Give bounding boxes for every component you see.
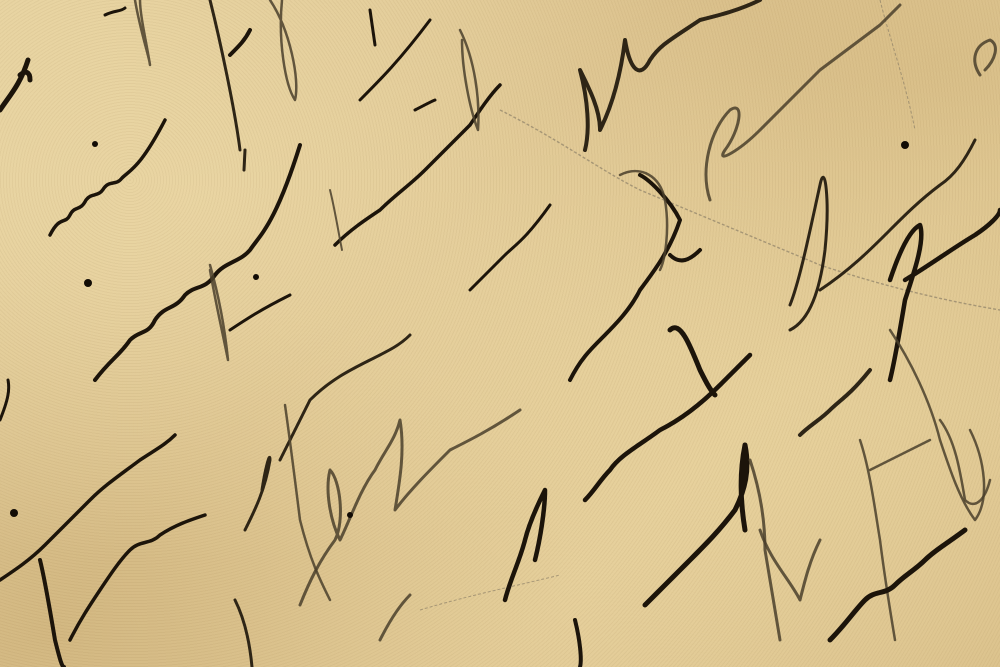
handwriting-strokes [0, 0, 1000, 667]
handwritten-letter-photo: nein immer Sie tracten ein Klav Lever Sc… [0, 0, 1000, 667]
